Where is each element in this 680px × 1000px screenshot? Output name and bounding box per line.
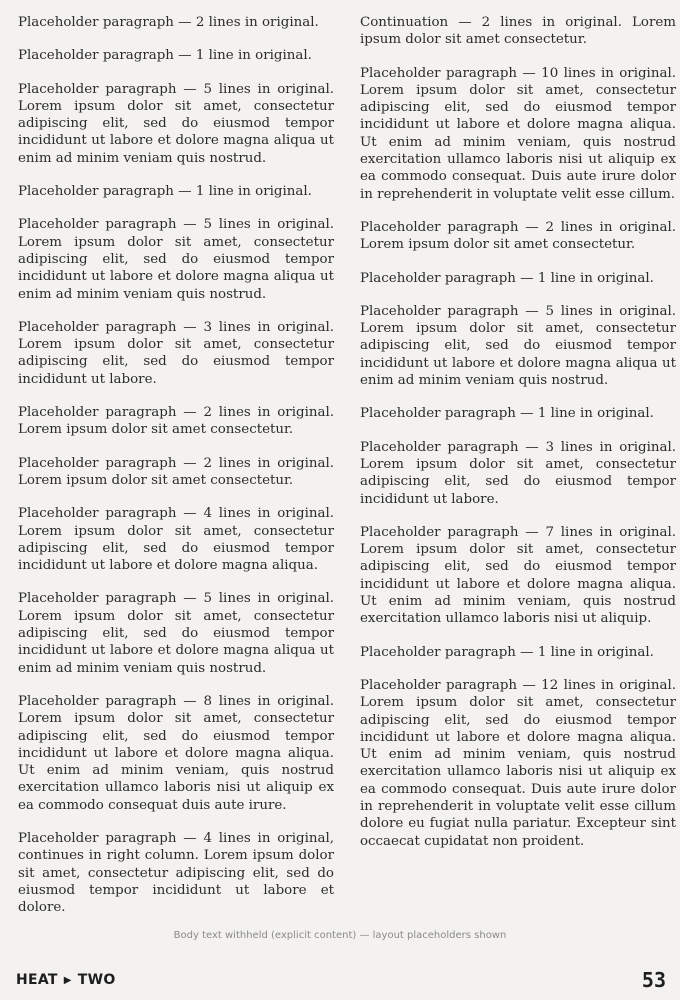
- paragraph: Placeholder paragraph — 2 lines in origi…: [18, 404, 334, 439]
- book-page: Placeholder paragraph — 2 lines in origi…: [0, 0, 680, 1000]
- running-footer: HEAT▶TWO: [16, 972, 116, 988]
- redaction-notice: Body text withheld (explicit content) — …: [0, 930, 680, 941]
- paragraph: Placeholder paragraph — 2 lines in origi…: [18, 455, 334, 490]
- paragraph: Placeholder paragraph — 4 lines in origi…: [18, 505, 334, 574]
- section-title: TWO: [78, 972, 116, 988]
- paragraph: Placeholder paragraph — 5 lines in origi…: [360, 303, 676, 389]
- paragraph: Placeholder paragraph — 2 lines in origi…: [18, 14, 334, 31]
- publication-title: HEAT: [16, 972, 58, 988]
- paragraph: Placeholder paragraph — 1 line in origin…: [360, 270, 676, 287]
- paragraph: Placeholder paragraph — 3 lines in origi…: [18, 319, 334, 388]
- page-number: 53: [642, 968, 666, 992]
- paragraph: Placeholder paragraph — 5 lines in origi…: [18, 590, 334, 676]
- paragraph: Placeholder paragraph — 1 line in origin…: [360, 644, 676, 661]
- paragraph: Placeholder paragraph — 12 lines in orig…: [360, 677, 676, 850]
- paragraph: Placeholder paragraph — 1 line in origin…: [18, 183, 334, 200]
- paragraph: Placeholder paragraph — 10 lines in orig…: [360, 65, 676, 203]
- paragraph: Placeholder paragraph — 2 lines in origi…: [360, 219, 676, 254]
- text-column-right: Continuation — 2 lines in original. Lore…: [360, 14, 676, 866]
- paragraph: Placeholder paragraph — 1 line in origin…: [360, 405, 676, 422]
- text-column-left: Placeholder paragraph — 2 lines in origi…: [18, 14, 334, 932]
- paragraph: Placeholder paragraph — 4 lines in origi…: [18, 830, 334, 916]
- paragraph: Continuation — 2 lines in original. Lore…: [360, 14, 676, 49]
- paragraph: Placeholder paragraph — 5 lines in origi…: [18, 216, 334, 302]
- paragraph: Placeholder paragraph — 1 line in origin…: [18, 47, 334, 64]
- paragraph: Placeholder paragraph — 7 lines in origi…: [360, 524, 676, 628]
- paragraph: Placeholder paragraph — 8 lines in origi…: [18, 693, 334, 814]
- paragraph: Placeholder paragraph — 5 lines in origi…: [18, 81, 334, 167]
- paragraph: Placeholder paragraph — 3 lines in origi…: [360, 439, 676, 508]
- triangle-right-icon: ▶: [64, 975, 72, 986]
